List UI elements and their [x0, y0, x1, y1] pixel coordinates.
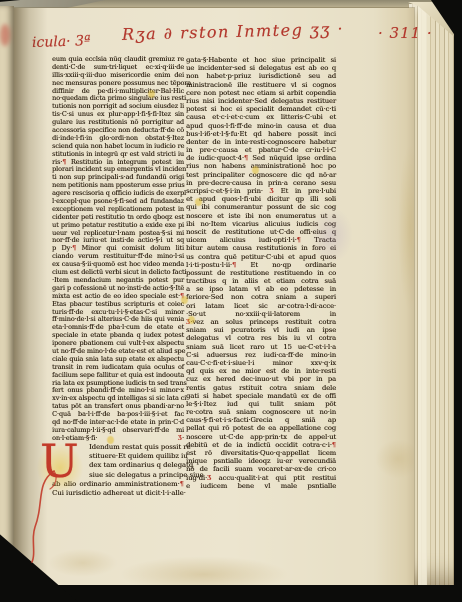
text-line: cere non potest nec etiam si arbit copen… [186, 89, 336, 97]
text-line: non habet·p·priuz iurisdictionē seu ad [186, 72, 336, 80]
drop-cap-paragraph: U Idendum restat quis possit restituere·… [52, 443, 184, 498]
text-line: feriore·Sed non cotra sniam a superi [186, 293, 336, 301]
text-line: ministracionē ille restituere vl si cogn… [186, 81, 336, 89]
margin-ink-smudge [309, 206, 353, 264]
yellow-highlight-dab [107, 436, 114, 444]
text-line: scripsi·c·et·§·i·in prin· Ʒ Et in pre·l·… [186, 187, 336, 195]
text-line: denter de in inte·resti·cognoscere habet… [186, 138, 336, 146]
text-line: qd quis ex ne mior est de in inte·resti [186, 367, 336, 375]
text-line: de iudic·quoct·4·¶ Sed nūquid ipse ordin… [186, 154, 336, 162]
text-line: debitū et de ia indictū occidit cotra·c·… [186, 441, 336, 449]
text-line: apud quos·l·fi·ff·de mino·in causa et du… [186, 122, 336, 130]
text-column-right: gata·§·Habente et hoc siue principalit s… [186, 56, 336, 490]
text-line: ue incidenter·sed si delegatus est ab eo… [186, 64, 336, 72]
text-line: stituere·Et quidem quilibz iu [89, 452, 184, 461]
text-line: sniam suā licet raro ut 15 ue·C·et·i·l·a [186, 343, 336, 351]
text-line: dex tam ordinarius q delegatq [89, 461, 184, 470]
text-line: nō de facili suam vocaret·ar·ex·de cri·c… [186, 465, 336, 473]
text-line: ori latam licet sic ar·cotra·l·di·acce· [186, 302, 336, 310]
running-title: Rʒa ∂ rston Inmteg ʒʒ · [122, 19, 345, 44]
text-line: bus·l·i6·et·l·§·fu·Et qd habere possit i… [186, 130, 336, 138]
yellow-highlight-dab [252, 166, 259, 174]
text-line: tractibus q in aliis et etiam cotra suā [186, 277, 336, 285]
text-line: iug·di·Ʒ accu·qualit·i·at qui ptit resti… [186, 474, 336, 482]
text-line: rentis gatus rstituit cotra sniam dele [186, 384, 336, 392]
text-line: Idendum restat quis possit re [89, 443, 184, 452]
text-line: et apud quos·l·fi·ubi dicitur qp illi so… [186, 195, 336, 203]
text-line: e iudicem bene vl male psntialle [186, 482, 336, 490]
fore-edge-highlight [418, 6, 427, 590]
text-line: Ʒ·vez an solus princeps restituit cotra [186, 318, 336, 326]
text-line: cuz ex hered dec·inuo·ut vbi por in pa [186, 375, 336, 383]
text-line: possunt de restitutione restituendo in c… [186, 269, 336, 277]
yellow-highlight-dab [195, 198, 202, 206]
drop-cap-flourish [30, 469, 60, 564]
text-line: Cui iurisdictio adhereat ut dicit·l·i·al… [52, 489, 184, 498]
text-line: rius non habens amministrationē hoc po [186, 162, 336, 170]
text-line: delegatus vl cotra res bis iu vl cotra [186, 334, 336, 342]
yellow-highlight-dab [188, 316, 195, 324]
text-line: sniam sui pcuratoris vl iudi an ipse [186, 326, 336, 334]
text-line: a se ipso latam vl ab eo pdetesse in [186, 285, 336, 293]
text-line: test principaliter cognoscere dic qd nō·… [186, 171, 336, 179]
text-line: in pre·decre·causa in prin·a cerano sesu [186, 179, 336, 187]
text-line: gata·§·Habente et hoc siue principalit s… [186, 56, 336, 64]
text-line: re·cotra suā sniam cognoscere ut no·in [186, 408, 336, 416]
text-line: in pre·c·causa et pbatur·C·de cr·iu·l·i·… [186, 146, 336, 154]
text-line: causa et·c·i·et·c·cum ex litteris·C·ubi … [186, 113, 336, 121]
text-line: est rō diversitatis·Quo·q·appellat licem [186, 449, 336, 457]
text-line: ·So·ut no·xxiii·q·ii·latorem in [186, 310, 336, 318]
text-line: caus·§·fi·et·i·s·facti·Grecia q sniā ap [186, 416, 336, 424]
text-line: cau·C·c·fi·et·i·siue·l·i minor xxv·q·ix [186, 359, 336, 367]
text-line: rius nisi incidenter·Sed delegatus resti… [186, 97, 336, 105]
text-line: inique psntialle ideoqz iu·er verecundiā [186, 457, 336, 465]
book-page: icula· 3ª Rʒa ∂ rston Inmteg ʒʒ · · 311 … [10, 8, 414, 586]
text-line: C·si aduersus rez iudi·ca·ff·de mino·in [186, 351, 336, 359]
facing-page-edge [0, 6, 14, 572]
text-line: siue sic delegatus a principe siue [89, 471, 184, 480]
text-line: gati si habet speciale mandatū ex de off… [186, 392, 336, 400]
yellow-highlight-dab [181, 296, 188, 304]
text-line: le·§·i·Itez iud qui tulit sniam pōt [186, 400, 336, 408]
left-edge-red-smudge [0, 24, 10, 46]
text-line: noscere ut·C·de app·prin·tx de appel·ut [186, 433, 336, 441]
fore-edge-page-stack [408, 4, 457, 592]
yellow-highlight-dab [148, 90, 155, 98]
folio-number: · 311 · [378, 24, 433, 42]
text-column-left: eum quia ecclsia nūq claudit gremiuz red… [52, 56, 184, 443]
background-right-band [454, 0, 462, 602]
text-line: pellat qui rō potest de ea appellatione … [186, 424, 336, 432]
text-line: potest si hoc ei specialit demandet cū·c… [186, 105, 336, 113]
